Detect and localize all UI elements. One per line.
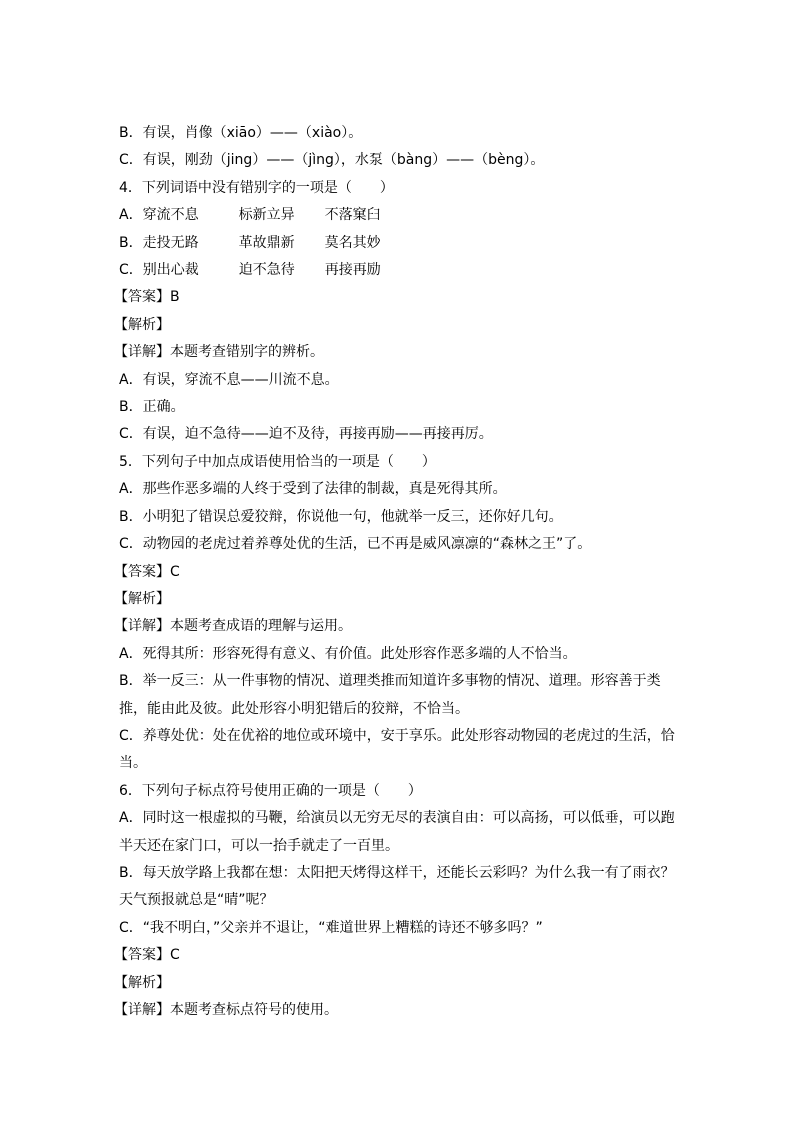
q4-option-a: A．穿流不息标新立异不落窠臼 [119,202,681,229]
q5-explanation-a: A．死得其所：形容死得有意义、有价值。此处形容作恶多端的人不恰当。 [119,641,681,668]
q5-analysis-heading: 【解析】 [114,586,681,613]
q5-option-b: B．小明犯了错误总爱狡辩，你说他一句，他就举一反三，还你好几句。 [119,504,681,531]
question-5-stem: 5．下列句子中加点成语使用恰当的一项是（ ） [119,449,681,476]
q4-detail: 【详解】本题考查错别字的辨析。 [114,339,681,366]
q5-answer: 【答案】C [114,559,681,586]
q6-option-c: C．“我不明白，”父亲并不退让，“难道世界上糟糕的诗还不够多吗？” [119,915,681,942]
q6-option-a: A．同时这一根虚拟的马鞭，给演员以无穷无尽的表演自由：可以高扬，可以低垂，可以跑… [119,805,681,860]
document-page: B．有误，肖像（xiāo）——（xiào）。 C．有误，刚劲（jing）——（j… [119,120,681,1024]
explanation-line: B．有误，肖像（xiāo）——（xiào）。 [119,120,681,147]
q4-option-b: B．走投无路革故鼎新莫名其妙 [119,230,681,257]
question-6-stem: 6．下列句子标点符号使用正确的一项是（ ） [119,778,681,805]
q6-answer: 【答案】C [114,942,681,969]
q5-explanation-c: C．养尊处优：处在优裕的地位或环境中，安于享乐。此处形容动物园的老虎过的生活，恰… [119,723,681,778]
q4-answer: 【答案】B [114,284,681,311]
q4-explanation-a: A．有误，穿流不息——川流不息。 [119,367,681,394]
q4-analysis-heading: 【解析】 [114,312,681,339]
explanation-line: C．有误，刚劲（jing）——（jìng），水泵（bàng）——（bèng）。 [119,147,681,174]
q6-detail: 【详解】本题考查标点符号的使用。 [114,997,681,1024]
q6-analysis-heading: 【解析】 [114,970,681,997]
q4-option-c: C．别出心裁迫不急待再接再励 [119,257,681,284]
q5-explanation-b: B．举一反三：从一件事物的情况、道理类推而知道许多事物的情况、道理。形容善于类推… [119,668,681,723]
q6-option-b: B．每天放学路上我都在想：太阳把天烤得这样干，还能长云彩吗？为什么我一有了雨衣？… [119,860,681,915]
q5-option-a: A．那些作恶多端的人终于受到了法律的制裁，真是死得其所。 [119,476,681,503]
q5-option-c: C．动物园的老虎过着养尊处优的生活，已不再是威风凛凛的“森林之王”了。 [119,531,681,558]
q4-explanation-c: C．有误，迫不急待——迫不及待，再接再励——再接再厉。 [119,421,681,448]
q5-detail: 【详解】本题考查成语的理解与运用。 [114,613,681,640]
q4-explanation-b: B．正确。 [119,394,681,421]
question-4-stem: 4．下列词语中没有错别字的一项是（ ） [119,175,681,202]
